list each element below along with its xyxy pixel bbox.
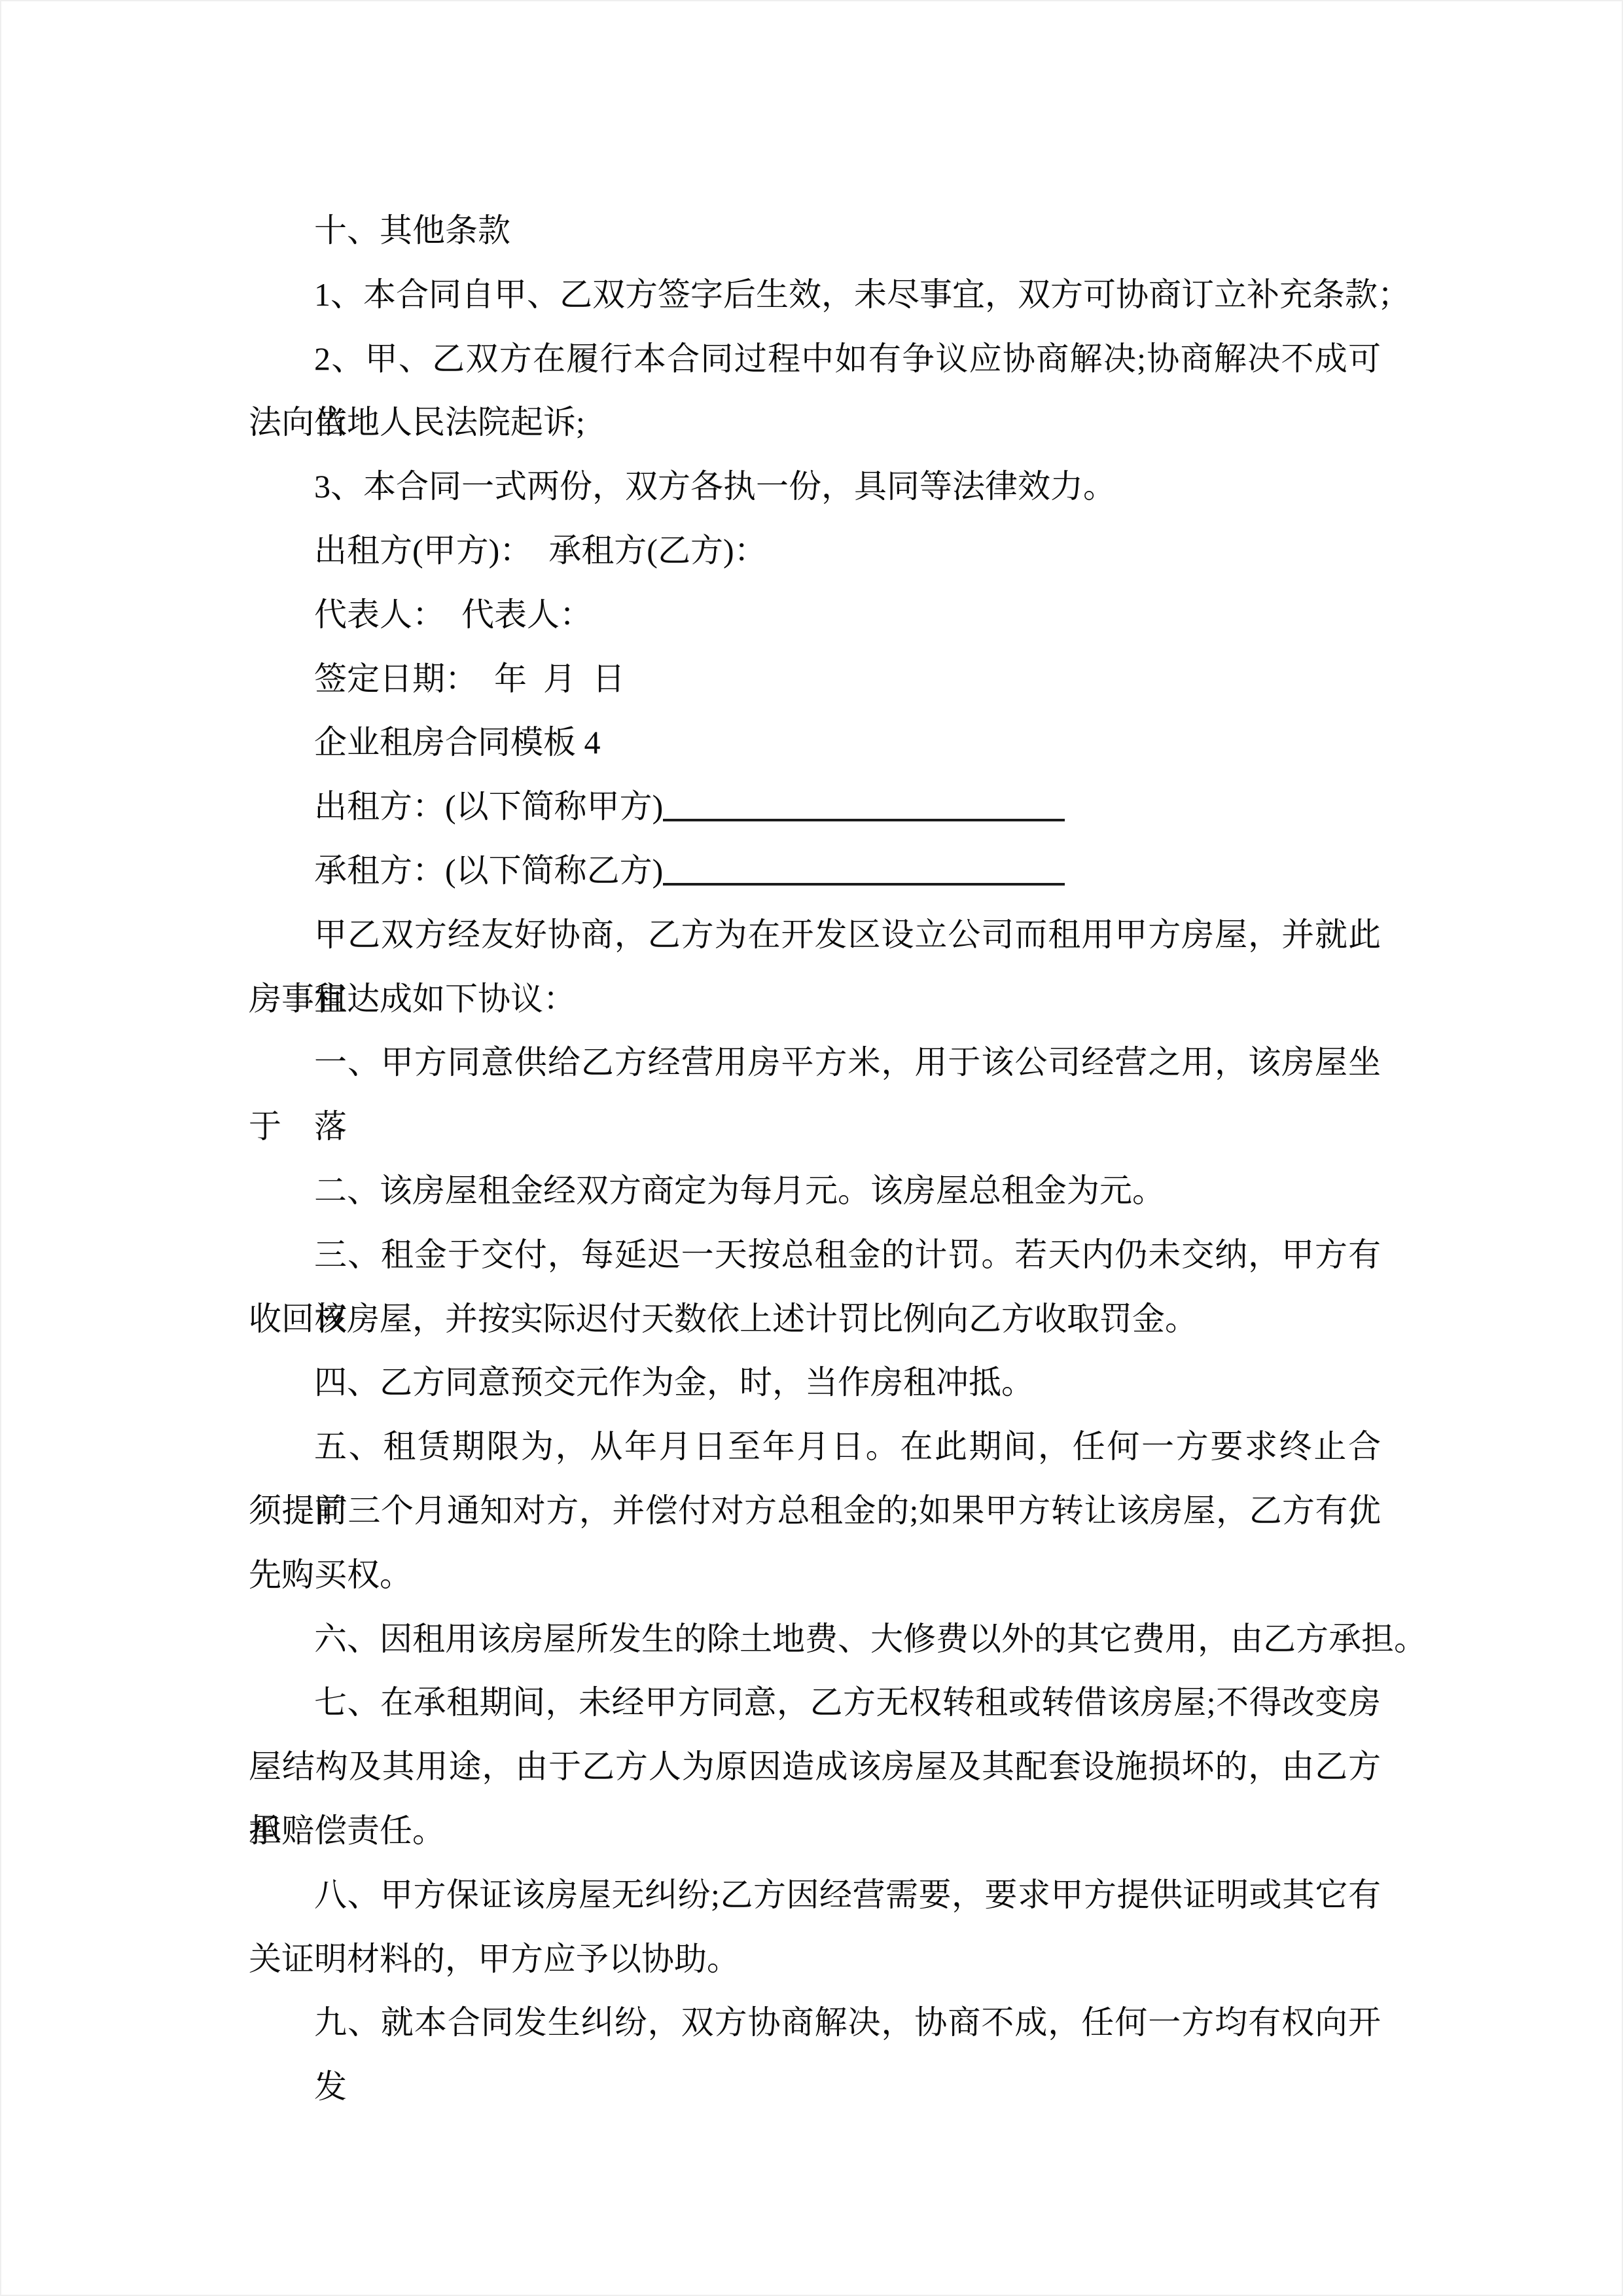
line-text: 房事宜达成如下协议： bbox=[249, 980, 576, 1017]
lessor-blank-line: 出租方：(以下简称甲方) bbox=[249, 775, 1381, 839]
clause-1: 1、本合同自甲、乙双方签字后生效，未尽事宜，双方可协商订立补充条款； bbox=[249, 263, 1381, 327]
contract-page: 十、其他条款1、本合同自甲、乙双方签字后生效，未尽事宜，双方可协商订立补充条款；… bbox=[0, 0, 1623, 2296]
signing-date-line: 签定日期： 年 月 日 bbox=[249, 647, 1381, 711]
article-5-continued-1: 须提前三个月通知对方，并偿付对方总租金的;如果甲方转让该房屋，乙方有优 bbox=[249, 1479, 1381, 1543]
article-7: 七、在承租期间，未经甲方同意，乙方无权转租或转借该房屋;不得改变房 bbox=[249, 1671, 1381, 1735]
line-text: 3、本合同一式两份，双方各执一份，具同等法律效力。 bbox=[314, 468, 1116, 505]
representatives-line: 代表人： 代表人： bbox=[249, 583, 1381, 647]
preamble: 甲乙双方经友好协商，乙方为在开发区设立公司而租用甲方房屋，并就此租 bbox=[249, 903, 1381, 967]
line-text: 十、其他条款 bbox=[314, 212, 510, 249]
template-title: 企业租房合同模板 4 bbox=[249, 711, 1381, 775]
blank-underline bbox=[663, 854, 1065, 886]
clause-2: 2、甲、乙双方在履行本合同过程中如有争议应协商解决;协商解决不成可依 bbox=[249, 327, 1381, 391]
preamble-continued: 房事宜达成如下协议： bbox=[249, 967, 1381, 1031]
article-3: 三、租金于交付，每延迟一天按总租金的计罚。若天内仍未交纳，甲方有权 bbox=[249, 1223, 1381, 1287]
line-text: 六、因租用该房屋所发生的除土地费、大修费以外的其它费用，由乙方承担。 bbox=[314, 1621, 1427, 1657]
article-5-continued-2: 先购买权。 bbox=[249, 1543, 1381, 1607]
blank-underline bbox=[663, 790, 1065, 821]
signature-parties-line: 出租方(甲方)： 承租方(乙方)： bbox=[249, 519, 1381, 583]
article-1: 一、甲方同意供给乙方经营用房平方米，用于该公司经营之用，该房屋坐落 bbox=[249, 1031, 1381, 1095]
line-text: 代表人： 代表人： bbox=[314, 596, 592, 633]
line-text: 先购买权。 bbox=[249, 1556, 412, 1593]
line-text: 八、甲方保证该房屋无纠纷;乙方因经营需要，要求甲方提供证明或其它有 bbox=[314, 1876, 1381, 1913]
line-text: 担赔偿责任。 bbox=[249, 1812, 445, 1849]
text-block: 十、其他条款1、本合同自甲、乙双方签字后生效，未尽事宜，双方可协商订立补充条款；… bbox=[249, 199, 1381, 2055]
line-text: 出租方：(以下简称甲方) bbox=[314, 788, 663, 825]
lessee-blank-line: 承租方：(以下简称乙方) bbox=[249, 839, 1381, 903]
article-3-continued: 收回该房屋，并按实际迟付天数依上述计罚比例向乙方收取罚金。 bbox=[249, 1287, 1381, 1352]
line-text: 四、乙方同意预交元作为金，时，当作房租冲抵。 bbox=[314, 1364, 1034, 1401]
line-text: 1、本合同自甲、乙双方签字后生效，未尽事宜，双方可协商订立补充条款； bbox=[314, 276, 1410, 313]
article-8-continued: 关证明材料的，甲方应予以协助。 bbox=[249, 1928, 1381, 1992]
clause-3: 3、本合同一式两份，双方各执一份，具同等法律效力。 bbox=[249, 455, 1381, 519]
line-text: 九、就本合同发生纠纷，双方协商解决，协商不成，任何一方均有权向开发 bbox=[314, 2004, 1381, 2105]
line-text: 签定日期： 年 月 日 bbox=[314, 660, 625, 697]
article-4: 四、乙方同意预交元作为金，时，当作房租冲抵。 bbox=[249, 1351, 1381, 1415]
line-text: 七、在承租期间，未经甲方同意，乙方无权转租或转借该房屋;不得改变房 bbox=[314, 1684, 1381, 1721]
line-text: 二、该房屋租金经双方商定为每月元。该房屋总租金为元。 bbox=[314, 1172, 1165, 1209]
article-6: 六、因租用该房屋所发生的除土地费、大修费以外的其它费用，由乙方承担。 bbox=[249, 1607, 1381, 1672]
line-text: 收回该房屋，并按实际迟付天数依上述计罚比例向乙方收取罚金。 bbox=[249, 1300, 1198, 1337]
clause-2-continued: 法向当地人民法院起诉; bbox=[249, 391, 1381, 455]
line-text: 须提前三个月通知对方，并偿付对方总租金的;如果甲方转让该房屋，乙方有优 bbox=[249, 1492, 1381, 1529]
article-2: 二、该房屋租金经双方商定为每月元。该房屋总租金为元。 bbox=[249, 1159, 1381, 1223]
article-8: 八、甲方保证该房屋无纠纷;乙方因经营需要，要求甲方提供证明或其它有 bbox=[249, 1863, 1381, 1928]
line-text: 出租方(甲方)： 承租方(乙方)： bbox=[314, 532, 767, 569]
line-text: 法向当地人民法院起诉; bbox=[249, 404, 585, 440]
article-7-continued-1: 屋结构及其用途，由于乙方人为原因造成该房屋及其配套设施损坏的，由乙方承 bbox=[249, 1735, 1381, 1799]
article-5: 五、租赁期限为，从年月日至年月日。在此期间，任何一方要求终止合同， bbox=[249, 1415, 1381, 1479]
article-7-continued-2: 担赔偿责任。 bbox=[249, 1799, 1381, 1863]
section-title-other-terms: 十、其他条款 bbox=[249, 199, 1381, 263]
line-text: 关证明材料的，甲方应予以协助。 bbox=[249, 1941, 740, 1977]
line-text: 于 bbox=[249, 1108, 281, 1145]
article-9: 九、就本合同发生纠纷，双方协商解决，协商不成，任何一方均有权向开发 bbox=[249, 1991, 1381, 2055]
line-text: 企业租房合同模板 4 bbox=[314, 724, 601, 761]
line-text: 承租方：(以下简称乙方) bbox=[314, 852, 663, 889]
article-1-continued: 于 bbox=[249, 1095, 1381, 1159]
